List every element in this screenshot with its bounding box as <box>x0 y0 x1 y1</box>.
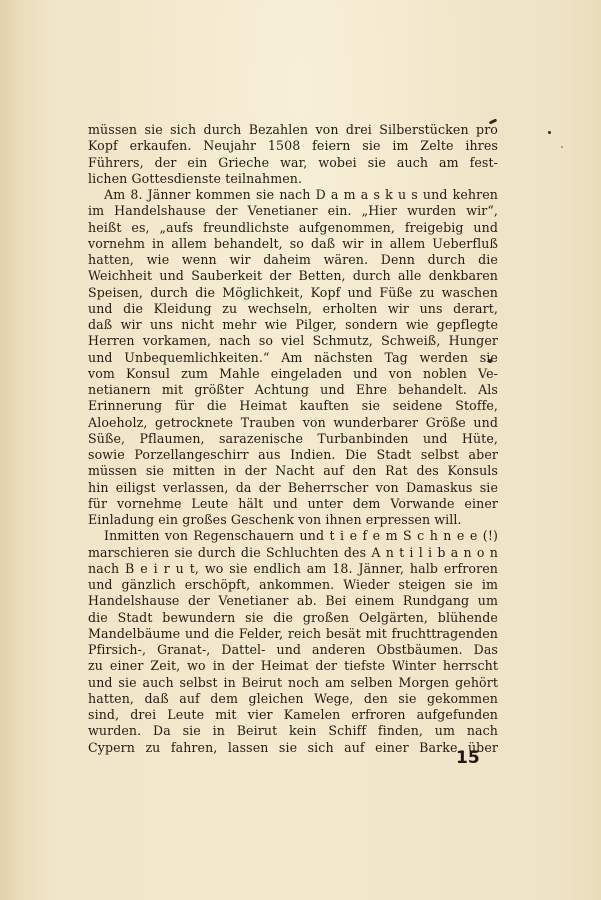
scanned-page: müssen sie sich durch Bezahlen von drei … <box>0 0 601 900</box>
text-line: für vornehme Leute hält und unter dem Vo… <box>88 496 498 512</box>
text-line: Am 8. Jänner kommen sie nach D a m a s k… <box>88 187 498 203</box>
text-line: daß wir uns nicht mehr wie Pilger, sonde… <box>88 317 498 333</box>
text-line: Süße, Pflaumen, sarazenische Turbanbinde… <box>88 431 498 447</box>
text-line: müssen sie mitten in der Nacht auf den R… <box>88 463 498 479</box>
text-line: und die Kleidung zu wechseln, erholten w… <box>88 301 498 317</box>
body-text: müssen sie sich durch Bezahlen von drei … <box>88 122 498 756</box>
text-line: heißt es, „aufs freundlichste aufgenomme… <box>88 220 498 236</box>
text-line: Inmitten von Regenschauern und t i e f e… <box>88 528 498 544</box>
text-line: Führers, der ein Grieche war, wobei sie … <box>88 155 498 171</box>
text-line: sind, drei Leute mit vier Kamelen erfror… <box>88 707 498 723</box>
text-line: und sie auch selbst in Beirut noch am se… <box>88 675 498 691</box>
paper-speck <box>561 146 563 148</box>
page-number: 15 <box>456 748 480 768</box>
text-line: Mandelbäume und die Felder, reich besät … <box>88 626 498 642</box>
text-line: hatten, daß auf dem gleichen Wege, den s… <box>88 691 498 707</box>
text-line: zu einer Zeit, wo in der Heimat der tief… <box>88 658 498 674</box>
text-line: Kopf erkaufen. Neujahr 1508 feiern sie i… <box>88 138 498 154</box>
text-line: hatten, wie wenn wir daheim wären. Denn … <box>88 252 498 268</box>
paragraph-1: müssen sie sich durch Bezahlen von drei … <box>88 122 498 187</box>
text-line: müssen sie sich durch Bezahlen von drei … <box>88 122 498 138</box>
paragraph-3: Inmitten von Regenschauern und t i e f e… <box>88 528 498 756</box>
text-line: vom Konsul zum Mahle eingeladen und von … <box>88 366 498 382</box>
text-line: Cypern zu fahren, lassen sie sich auf ei… <box>88 740 498 756</box>
text-line: vornehm in allem behandelt, so daß wir i… <box>88 236 498 252</box>
text-line: Einladung ein großes Geschenk von ihnen … <box>88 512 498 528</box>
text-line: Handelshause der Venetianer ab. Bei eine… <box>88 593 498 609</box>
text-line: Herren vorkamen, nach so viel Schmutz, S… <box>88 333 498 349</box>
text-line: marschieren sie durch die Schluchten des… <box>88 545 498 561</box>
text-line: nach B e i r u t, wo sie endlich am 18. … <box>88 561 498 577</box>
text-line: und gänzlich erschöpft, ankommen. Wieder… <box>88 577 498 593</box>
text-line: Aloeholz, getrocknete Trauben von wunder… <box>88 415 498 431</box>
paragraph-2: Am 8. Jänner kommen sie nach D a m a s k… <box>88 187 498 528</box>
text-line: netianern mit größter Achtung und Ehre b… <box>88 382 498 398</box>
text-line: die Stadt bewundern sie die großen Oelgä… <box>88 610 498 626</box>
text-line: Erinnerung für die Heimat kauften sie se… <box>88 398 498 414</box>
text-line: hin eiligst verlassen, da der Beherrsche… <box>88 480 498 496</box>
text-line: wurden. Da sie in Beirut kein Schiff fin… <box>88 723 498 739</box>
text-line: sowie Porzellangeschirr aus Indien. Die … <box>88 447 498 463</box>
text-line: Weichheit und Sauberkeit der Betten, dur… <box>88 268 498 284</box>
text-line: lichen Gottesdienste teilnahmen. <box>88 171 498 187</box>
text-line: und Unbequemlichkeiten.“ Am nächsten Tag… <box>88 350 498 366</box>
paper-speck <box>548 131 551 134</box>
text-line: Pfirsich-, Granat-, Dattel- und anderen … <box>88 642 498 658</box>
text-line: Speisen, durch die Möglichkeit, Kopf und… <box>88 285 498 301</box>
text-line: im Handelshause der Venetianer ein. „Hie… <box>88 203 498 219</box>
